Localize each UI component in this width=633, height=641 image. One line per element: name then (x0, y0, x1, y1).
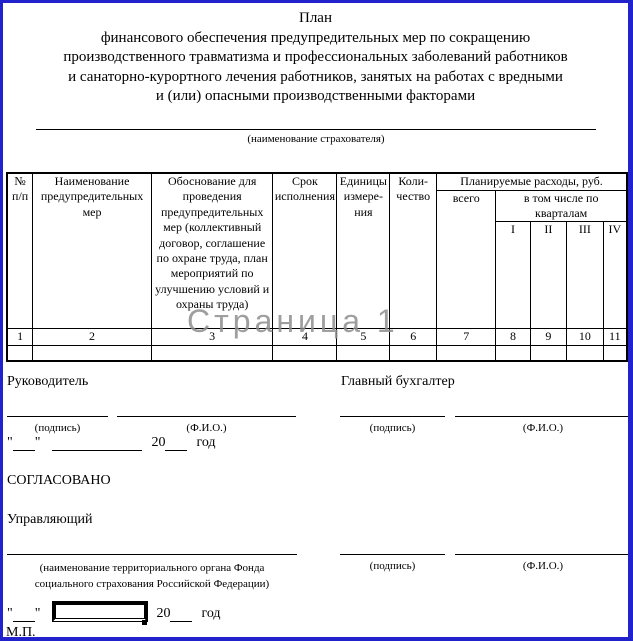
document-title: План финансового обеспечения предупредит… (3, 9, 628, 107)
chief-accountant-label: Главный бухгалтер (341, 374, 455, 389)
col-header-q1: I (496, 222, 530, 329)
column-number: 8 (496, 329, 530, 346)
century-text: 20 (151, 435, 165, 451)
day-blank (13, 436, 35, 451)
empty-cell (530, 346, 566, 361)
year-word: год (196, 435, 215, 451)
empty-cell (33, 346, 152, 361)
approved-label: СОГЛАСОВАНО (7, 473, 111, 488)
empty-cell (337, 346, 390, 361)
empty-cell (603, 346, 627, 361)
year-word: год (201, 606, 220, 622)
column-number: 1 (7, 329, 33, 346)
empty-cell (496, 346, 530, 361)
empty-cell (151, 346, 273, 361)
accountant-fio-line (455, 416, 631, 417)
col-header-planned-expenses: Планируемые расходы, руб. (437, 173, 627, 190)
empty-data-row (7, 346, 627, 361)
fund-name-caption: (наименование территориального органа Фо… (7, 560, 297, 592)
fio-caption: (Ф.И.О.) (455, 422, 631, 434)
close-quote: " (35, 435, 41, 451)
title-line: и (или) опасными производственными факто… (3, 87, 628, 107)
empty-cell (437, 346, 496, 361)
director-label: Руководитель (7, 374, 88, 389)
accountant-signature-line (340, 416, 445, 417)
col-header-quarterly: в том числе по кварталам (496, 190, 627, 222)
director-fio-line (117, 416, 296, 417)
column-number: 2 (33, 329, 152, 346)
insured-name-label: (наименование страхователя) (36, 133, 596, 145)
year-blank (165, 436, 187, 451)
year-blank (170, 607, 192, 622)
fio-caption: (Ф.И.О.) (455, 560, 631, 572)
date-line-director: " " 20 год (7, 435, 216, 451)
title-line: производственного травматизма и професси… (3, 48, 628, 68)
date-line-manager: " " 20 год (7, 601, 221, 622)
signature-caption: (подпись) (340, 422, 445, 434)
fio-caption: (Ф.И.О.) (117, 422, 296, 434)
stamp-label: М.П. (6, 625, 36, 640)
director-signature-line (7, 416, 108, 417)
column-number: 9 (530, 329, 566, 346)
col-header-num: № п/п (7, 173, 33, 329)
fund-name-line (7, 554, 297, 555)
page-watermark: Страница 1 (187, 303, 399, 340)
col-header-name: Наименование предупредительных мер (33, 173, 152, 329)
month-blank (52, 436, 142, 451)
empty-cell (7, 346, 33, 361)
insured-name-line (36, 129, 596, 130)
document-page: План финансового обеспечения предупредит… (0, 0, 633, 641)
month-form-field[interactable] (52, 601, 148, 622)
col-header-total: всего (437, 190, 496, 329)
day-blank (13, 607, 35, 622)
col-header-q4: IV (603, 222, 627, 329)
close-quote: " (35, 606, 41, 622)
title-line: План (3, 9, 628, 29)
col-header-q2: II (530, 222, 566, 329)
manager-label: Управляющий (7, 512, 92, 527)
century-text: 20 (156, 606, 170, 622)
column-number: 7 (437, 329, 496, 346)
title-line: финансового обеспечения предупредительны… (3, 29, 628, 49)
title-line: и санаторно-курортного лечения работнико… (3, 68, 628, 88)
empty-cell (390, 346, 437, 361)
manager-signature-line (340, 554, 445, 555)
column-number: 11 (603, 329, 627, 346)
signature-caption: (подпись) (7, 422, 108, 434)
col-header-q3: III (567, 222, 603, 329)
empty-cell (567, 346, 603, 361)
manager-fio-line (455, 554, 631, 555)
empty-cell (273, 346, 337, 361)
column-number: 10 (567, 329, 603, 346)
signature-caption: (подпись) (340, 560, 445, 572)
